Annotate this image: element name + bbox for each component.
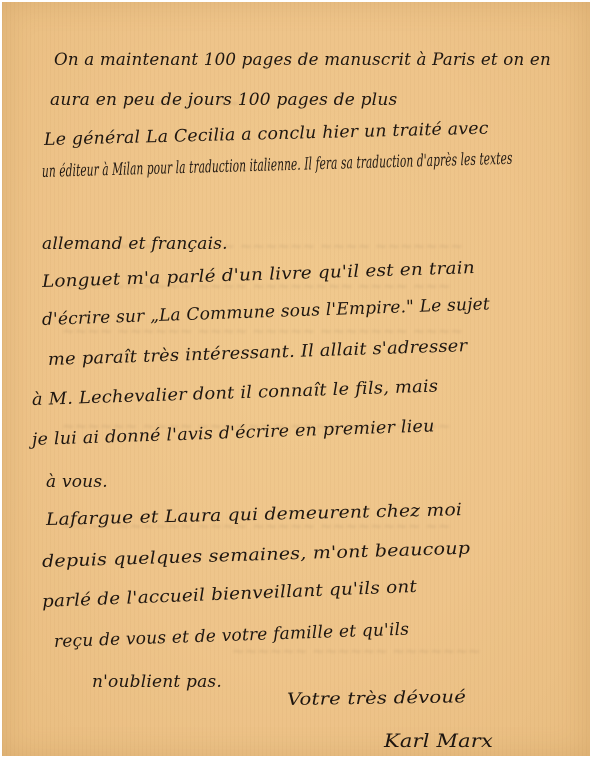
- letter-line: me paraît très intéressant. Il allait s'…: [48, 336, 468, 370]
- bleed-through-text: ~~~~~~ ~~~~~~ ~~~~~~~: [232, 642, 480, 660]
- letter-line: un éditeur à Milan pour la traduction it…: [42, 149, 513, 182]
- letter-closing: Votre très dévoué: [287, 687, 466, 710]
- letter-line: depuis quelques semaines, m'ont beaucoup: [42, 539, 471, 572]
- letter-page: ~~~ ~ ~~~ ~~~~ ~~~~~~ ~~~ ~~~~~~ ~~~~ ~~…: [2, 2, 590, 756]
- letter-line: n'oublient pas.: [92, 672, 222, 692]
- letter-line: On a maintenant 100 pages de manuscrit à…: [54, 50, 551, 70]
- letter-signature: Karl Marx: [384, 730, 493, 752]
- letter-line: aura en peu de jours 100 pages de plus: [50, 90, 397, 110]
- letter-line: Le général La Cecilia a conclu hier un t…: [44, 119, 489, 150]
- letter-line: à M. Lechevalier dont il connaît le fils…: [32, 376, 439, 409]
- letter-line: à vous.: [46, 472, 108, 492]
- letter-line: parlé de l'accueil bienveillant qu'ils o…: [42, 577, 418, 612]
- letter-line: allemand et français.: [42, 234, 228, 254]
